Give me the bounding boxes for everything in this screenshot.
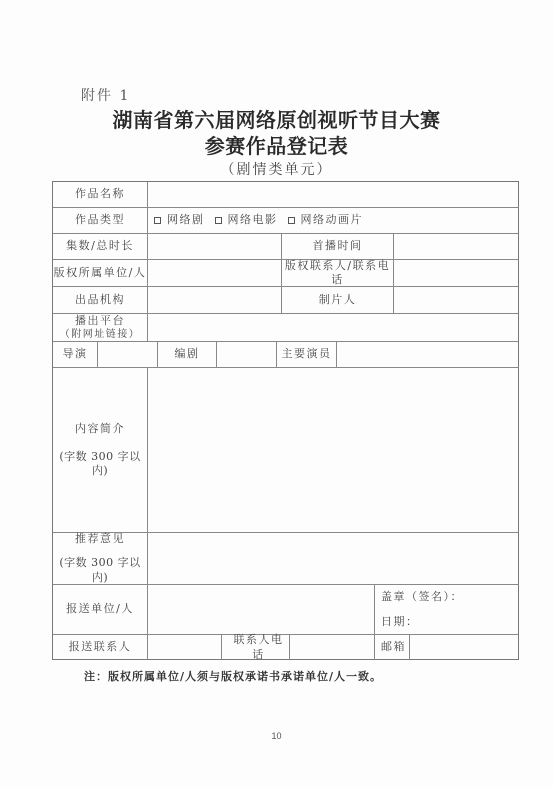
- producer-org-label: 出品机构: [53, 287, 148, 314]
- contact-phone-field[interactable]: [290, 635, 375, 660]
- copyright-contact-label: 版权联系人/联系电话: [282, 260, 394, 287]
- copyright-owner-field[interactable]: [148, 260, 282, 287]
- episodes-field[interactable]: [148, 234, 282, 260]
- platform-field[interactable]: [148, 314, 519, 342]
- platform-label: 播出平台: [75, 314, 125, 328]
- email-label: 邮箱: [375, 635, 410, 660]
- work-type-options: 网络剧 网络电影 网络动画片: [148, 208, 519, 234]
- cast-label: 主要演员: [277, 342, 337, 368]
- checkbox-icon[interactable]: [215, 217, 222, 224]
- work-type-label: 作品类型: [53, 208, 148, 234]
- submitter-field[interactable]: [148, 585, 375, 635]
- email-field[interactable]: [410, 635, 519, 660]
- page-title-line2: 参赛作品登记表: [0, 130, 553, 159]
- date-label: 日期：: [381, 615, 419, 629]
- copyright-contact-field[interactable]: [394, 260, 519, 287]
- work-type-option-web-animation[interactable]: 网络动画片: [288, 213, 364, 227]
- work-type-option-web-movie[interactable]: 网络电影: [215, 213, 278, 227]
- work-name-label: 作品名称: [53, 182, 148, 208]
- checkbox-icon[interactable]: [288, 217, 295, 224]
- submit-contact-label: 报送联系人: [53, 635, 148, 660]
- document-page: 附件 1 湖南省第六届网络原创视听节目大赛 参赛作品登记表 （剧情类单元） 作品…: [0, 0, 553, 787]
- footnote: 注：版权所属单位/人须与版权承诺书承诺单位/人一致。: [84, 668, 382, 684]
- synopsis-limit: (字数 300 字以内): [53, 450, 147, 479]
- page-number: 10: [0, 731, 553, 741]
- copyright-owner-label: 版权所属单位/人: [53, 260, 148, 287]
- platform-sublabel: （附网址链接）: [60, 328, 141, 341]
- premiere-field[interactable]: [394, 234, 519, 260]
- premiere-label: 首播时间: [282, 234, 394, 260]
- page-subtitle: （剧情类单元）: [0, 159, 553, 179]
- contact-phone-label: 联系人电话: [222, 635, 290, 660]
- producer-label: 制片人: [282, 287, 394, 314]
- work-name-field[interactable]: [148, 182, 519, 208]
- recommend-field[interactable]: [148, 533, 519, 585]
- recommend-label: 推荐意见: [75, 532, 125, 546]
- producer-org-field[interactable]: [148, 287, 282, 314]
- producer-field[interactable]: [394, 287, 519, 314]
- recommend-label-cell: 推荐意见 (字数 300 字以内): [53, 533, 148, 585]
- synopsis-field[interactable]: [148, 368, 519, 533]
- platform-label-cell: 播出平台 （附网址链接）: [53, 314, 148, 342]
- cast-field[interactable]: [337, 342, 519, 368]
- registration-form-table: 作品名称 作品类型 网络剧 网络电影 网络动画片 集数/总时长 首播时间 版权所…: [52, 181, 519, 660]
- synopsis-label-cell: 内容简介 (字数 300 字以内): [53, 368, 148, 533]
- director-label: 导演: [53, 342, 98, 368]
- submitter-label: 报送单位/人: [53, 585, 148, 635]
- work-type-option-web-drama[interactable]: 网络剧: [154, 213, 205, 227]
- writer-label: 编剧: [158, 342, 217, 368]
- seal-date-cell: 盖章（签名）： 日期：: [375, 585, 519, 635]
- page-title: 湖南省第六届网络原创视听节目大赛: [0, 104, 553, 133]
- synopsis-label: 内容简介: [75, 422, 125, 436]
- writer-field[interactable]: [217, 342, 277, 368]
- submit-contact-field[interactable]: [148, 635, 222, 660]
- episodes-label: 集数/总时长: [53, 234, 148, 260]
- checkbox-icon[interactable]: [154, 217, 161, 224]
- recommend-limit: (字数 300 字以内): [53, 556, 147, 585]
- seal-label: 盖章（签名）：: [381, 590, 463, 604]
- director-field[interactable]: [98, 342, 158, 368]
- attachment-label: 附件 1: [81, 85, 130, 105]
